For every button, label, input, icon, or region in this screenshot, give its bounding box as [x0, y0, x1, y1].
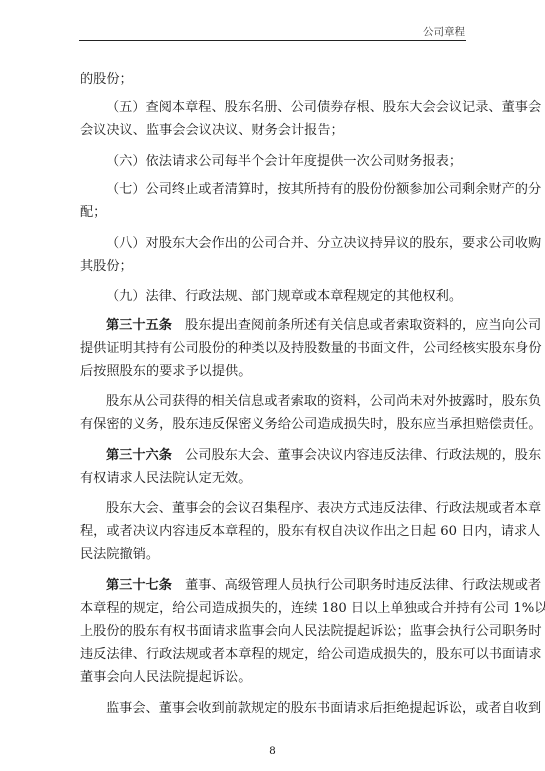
line-text: 其股份； — [80, 259, 133, 274]
article-number: 第三十六条 — [106, 448, 172, 463]
line-text: 本章程的规定，给公司造成损失的，连续 180 日以上单独或合并持有公司 1%以 — [80, 601, 545, 616]
text-line: 有权请求人民法院认定无效。 — [80, 469, 251, 489]
line-text: 配； — [80, 205, 106, 220]
line-text: 股东从公司获得的相关信息或者索取的资料，公司尚未对外披露时，股东负 — [106, 394, 541, 409]
text-line: 股东从公司获得的相关信息或者索取的资料，公司尚未对外披露时，股东负 — [106, 392, 541, 412]
line-text: 违反法律、行政法规或者本章程的规定，给公司造成损失的，股东可以书面请求 — [80, 647, 542, 662]
article-number: 第三十五条 — [106, 318, 172, 333]
text-line: 本章程的规定，给公司造成损失的，连续 180 日以上单独或合并持有公司 1%以 — [80, 599, 545, 619]
line-text: 董事会向人民法院提起诉讼。 — [80, 670, 251, 685]
text-line: 其股份； — [80, 257, 133, 277]
line-text: （七）公司终止或者清算时，按其所持有的股份份额参加公司剩余财产的分 — [106, 182, 541, 197]
line-text: 有保密的义务，股东违反保密义务给公司造成损失时，股东应当承担赔偿责任。 — [80, 417, 542, 432]
text-line: （九）法律、行政法规、部门规章或本章程规定的其他权利。 — [106, 287, 462, 307]
header-title: 公司章程 — [423, 24, 465, 39]
line-text: 有权请求人民法院认定无效。 — [80, 471, 251, 486]
text-line: 上股份的股东有权书面请求监事会向人民法院提起诉讼；监事会执行公司职务时 — [80, 622, 542, 642]
line-text: 监事会、董事会收到前款规定的股东书面请求后拒绝提起诉讼，或者自收到 — [106, 701, 541, 716]
line-text: 公司股东大会、董事会决议内容违反法律、行政法规的，股东 — [172, 448, 541, 463]
text-line: （七）公司终止或者清算时，按其所持有的股份份额参加公司剩余财产的分 — [106, 180, 541, 200]
line-text: （八）对股东大会作出的公司合并、分立决议持异议的股东，要求公司收购 — [106, 236, 541, 251]
article-heading-line: 第三十七条 董事、高级管理人员执行公司职务时违反法律、行政法规或者 — [106, 576, 541, 596]
header-rule — [79, 40, 466, 41]
line-text: 股东大会、董事会的会议召集程序、表决方式违反法律、行政法规或者本章 — [106, 501, 541, 516]
text-line: 程，或者决议内容违反本章程的，股东有权自决议作出之日起 60 日内，请求人 — [80, 522, 540, 542]
line-text: （六）依法请求公司每半个会计年度提供一次公司财务报表； — [106, 154, 462, 169]
text-line: （六）依法请求公司每半个会计年度提供一次公司财务报表； — [106, 152, 462, 172]
line-text: 股东提出查阅前条所述有关信息或者索取资料的，应当向公司 — [172, 318, 541, 333]
article-heading-line: 第三十五条 股东提出查阅前条所述有关信息或者索取资料的，应当向公司 — [106, 316, 541, 336]
line-text: 后按照股东的要求予以提供。 — [80, 364, 251, 379]
text-line: 提供证明其持有公司股份的种类以及持股数量的书面文件，公司经核实股东身份 — [80, 339, 542, 359]
text-line: 监事会、董事会收到前款规定的股东书面请求后拒绝提起诉讼，或者自收到 — [106, 699, 541, 719]
line-text: 董事、高级管理人员执行公司职务时违反法律、行政法规或者 — [172, 578, 541, 593]
text-line: 后按照股东的要求予以提供。 — [80, 362, 251, 382]
article-heading-line: 第三十六条 公司股东大会、董事会决议内容违反法律、行政法规的，股东 — [106, 446, 541, 466]
line-text: 的股份； — [80, 72, 133, 87]
line-text: （九）法律、行政法规、部门规章或本章程规定的其他权利。 — [106, 289, 462, 304]
text-line: 的股份； — [80, 70, 133, 90]
article-number: 第三十七条 — [106, 578, 172, 593]
text-line: 民法院撤销。 — [80, 545, 159, 565]
line-text: 提供证明其持有公司股份的种类以及持股数量的书面文件，公司经核实股东身份 — [80, 341, 542, 356]
line-text: 民法院撤销。 — [80, 547, 159, 562]
text-line: 股东大会、董事会的会议召集程序、表决方式违反法律、行政法规或者本章 — [106, 499, 541, 519]
text-line: 配； — [80, 203, 106, 223]
line-text: （五）查阅本章程、股东名册、公司债券存根、股东大会会议记录、董事会 — [106, 100, 541, 115]
text-line: 有保密的义务，股东违反保密义务给公司造成损失时，股东应当承担赔偿责任。 — [80, 415, 542, 435]
text-line: 违反法律、行政法规或者本章程的规定，给公司造成损失的，股东可以书面请求 — [80, 645, 542, 665]
line-text: 上股份的股东有权书面请求监事会向人民法院提起诉讼；监事会执行公司职务时 — [80, 624, 542, 639]
text-line: （五）查阅本章程、股东名册、公司债券存根、股东大会会议记录、董事会 — [106, 98, 541, 118]
line-text: 程，或者决议内容违反本章程的，股东有权自决议作出之日起 60 日内，请求人 — [80, 524, 540, 539]
line-text: 会议决议、监事会会议决议、财务会计报告； — [80, 123, 344, 138]
text-line: 董事会向人民法院提起诉讼。 — [80, 668, 251, 688]
page-number: 8 — [0, 745, 545, 757]
text-line: （八）对股东大会作出的公司合并、分立决议持异议的股东，要求公司收购 — [106, 234, 541, 254]
text-line: 会议决议、监事会会议决议、财务会计报告； — [80, 121, 344, 141]
